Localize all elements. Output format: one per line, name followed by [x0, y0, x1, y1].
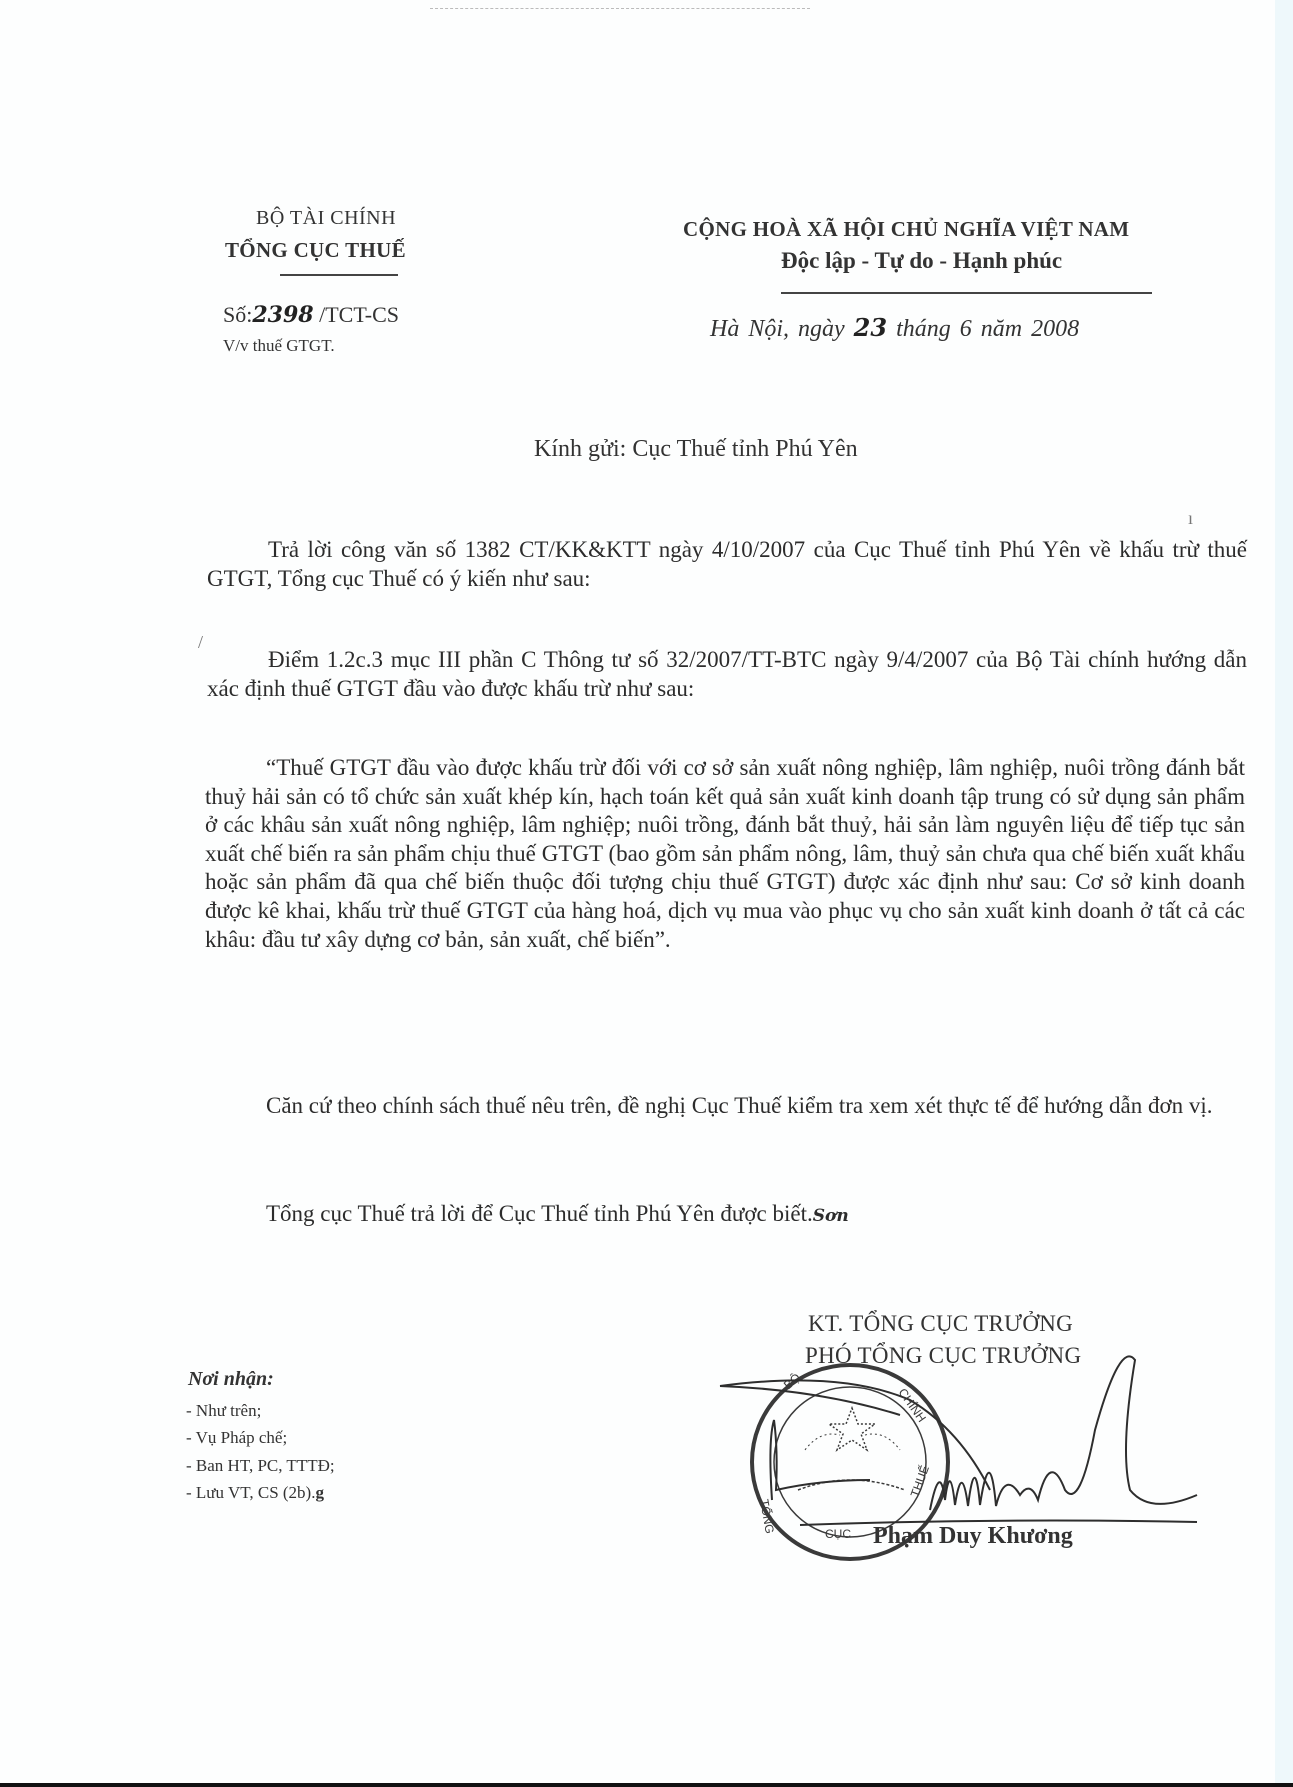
addressee: Kính gửi: Cục Thuế tỉnh Phú Yên [534, 436, 858, 463]
body-paragraph: Trả lời công văn số 1382 CT/KK&KTT ngày … [207, 536, 1247, 593]
body-paragraph: Căn cứ theo chính sách thuế nêu trên, đề… [205, 1092, 1245, 1121]
handwritten-initials: Sơn [813, 1206, 849, 1226]
document-number: Số:2398 /TCT-CS [223, 302, 399, 328]
date-month-label: tháng [887, 316, 960, 342]
recipient-item: - Như trên; [186, 1401, 261, 1421]
signer-title-line2: PHÓ TỔNG CỤC TRƯỞNG [805, 1343, 1081, 1369]
recipient-item: - Ban HT, PC, TTTĐ; [186, 1456, 335, 1476]
ministry-name: BỘ TÀI CHÍNH [256, 207, 396, 230]
scan-mark: ı [1188, 508, 1193, 529]
scan-mark: / [198, 632, 203, 653]
date-month: 6 [960, 316, 972, 342]
paragraph-text: Tổng cục Thuế trả lời để Cục Thuế tỉnh P… [266, 1201, 813, 1226]
recipient-item: - Lưu VT, CS (2b).g [186, 1483, 324, 1503]
closing-paragraph: Tổng cục Thuế trả lời để Cục Thuế tỉnh P… [205, 1200, 1245, 1231]
paragraph-text: Trả lời công văn số 1382 CT/KK&KTT ngày … [207, 537, 1247, 591]
date-place-label: Hà Nội, ngày [710, 316, 854, 342]
recipients-title: Nơi nhận: [188, 1368, 274, 1391]
national-motto: Độc lập - Tự do - Hạnh phúc [781, 248, 1062, 274]
nation-title: CỘNG HOÀ XÃ HỘI CHỦ NGHĨA VIỆT NAM [683, 217, 1129, 242]
svg-text:CỤC: CỤC [825, 1527, 851, 1541]
signer-title-line1: KT. TỔNG CỤC TRƯỞNG [808, 1311, 1073, 1337]
handwritten-mark: g [315, 1483, 324, 1502]
paragraph-text: “Thuế GTGT đầu vào được khấu trừ đối với… [205, 755, 1245, 952]
doc-number-suffix: /TCT-CS [314, 302, 399, 327]
recipient-item: - Vụ Pháp chế; [186, 1428, 287, 1448]
department-underline [280, 274, 398, 276]
paragraph-text: Căn cứ theo chính sách thuế nêu trên, đề… [266, 1093, 1213, 1118]
signer-name: Phạm Duy Khương [873, 1523, 1073, 1550]
doc-number-handwritten: 2398 [252, 302, 313, 328]
svg-text:TỔNG: TỔNG [757, 1498, 778, 1535]
quoted-regulation-paragraph: “Thuế GTGT đầu vào được khấu trừ đối với… [205, 754, 1245, 954]
date-year: 2008 [1031, 316, 1079, 342]
scan-bottom-edge [0, 1783, 1293, 1787]
scan-artifact-line [430, 8, 810, 10]
date-day: 23 [854, 313, 887, 342]
body-paragraph: Điểm 1.2c.3 mục III phần C Thông tư số 3… [207, 646, 1247, 703]
document-subject: V/v thuế GTGT. [223, 336, 335, 356]
date-year-label: năm [972, 316, 1031, 342]
svg-text:THUẾ: THUẾ [907, 1463, 932, 1499]
motto-underline [781, 292, 1152, 294]
department-name: TỔNG CỤC THUẾ [225, 238, 406, 263]
recipient-item-text: - Lưu VT, CS (2b). [186, 1483, 315, 1502]
doc-number-prefix: Số: [223, 302, 252, 327]
paragraph-text: Điểm 1.2c.3 mục III phần C Thông tư số 3… [207, 647, 1247, 701]
document-date: Hà Nội, ngày 23 tháng 6 năm 2008 [710, 313, 1079, 343]
